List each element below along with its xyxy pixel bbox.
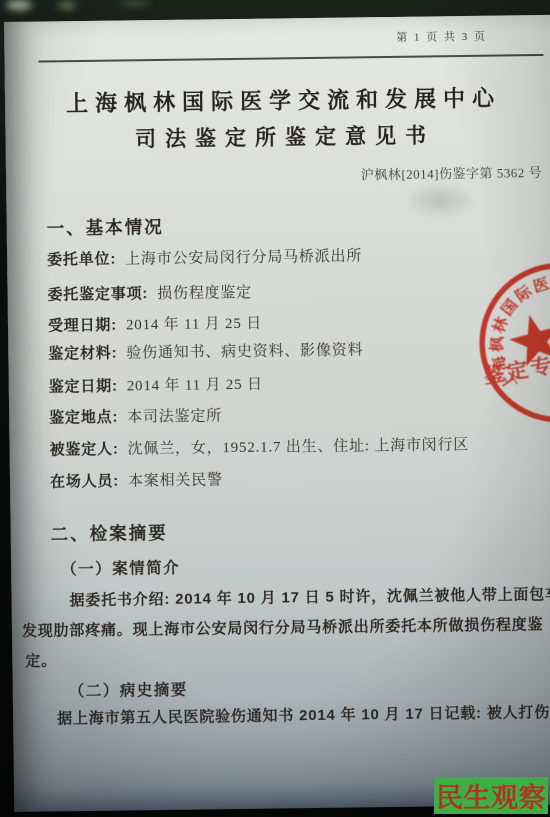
subsection-heading-medical-history: （二）病史摘要 [69, 678, 188, 702]
background-foliage-highlight [58, 2, 76, 9]
field-label: 委托单位: [47, 248, 116, 270]
document-title-line2: 司法鉴定所鉴定意见书 [5, 118, 550, 155]
background-foliage-highlight [120, 0, 150, 6]
field-row-entrusting-unit: 委托单位: 上海市公安局闵行分局马桥派出所 [47, 244, 362, 269]
field-value: 本案相关民警 [128, 468, 223, 490]
field-value: 损伤程度鉴定 [157, 281, 252, 303]
field-value: 2014 年 11 月 25 日 [127, 373, 263, 396]
page-number: 第 1 页 共 3 页 [396, 28, 487, 45]
field-row-appraisal-matter: 委托鉴定事项: 损伤程度鉴定 [47, 281, 252, 305]
field-value: 验伤通知书、病史资料、影像资料 [126, 338, 363, 362]
case-brief-paragraph-line: 发现肋部疼痛。现上海市公安局闵行分局马桥派出所委托本所做损伤程度鉴 [22, 613, 544, 641]
case-brief-paragraph-line: 定。 [25, 649, 57, 670]
field-value: 沈佩兰，女，1952.1.7 出生、住址: 上海市闵行区 [127, 433, 469, 458]
field-label: 被鉴定人: [49, 438, 118, 460]
official-seal-stamp: 上海枫林国际医学交流和发展中心 鉴定专用 [433, 252, 550, 444]
paper-smudge [404, 182, 476, 219]
subsection-heading-case-brief: （一）案情简介 [61, 556, 180, 580]
field-label: 受理日期: [48, 314, 117, 336]
header-rule [39, 54, 544, 63]
stamp-label-text: 鉴定专用 [482, 349, 550, 389]
field-row-appraisal-date: 鉴定日期: 2014 年 11 月 25 日 [49, 373, 263, 397]
medical-history-paragraph-line: 据上海市第五人民医院验伤通知书 2014 年 10 月 17 日记载: 被人打伤… [57, 701, 550, 729]
document-page: 第 1 页 共 3 页 上海枫林国际医学交流和发展中心 司法鉴定所鉴定意见书 沪… [4, 15, 550, 812]
field-row-person-appraised: 被鉴定人: 沈佩兰，女，1952.1.7 出生、住址: 上海市闵行区 [49, 433, 469, 459]
field-value: 本司法鉴定所 [127, 404, 222, 426]
field-row-appraisal-location: 鉴定地点: 本司法鉴定所 [49, 404, 222, 427]
field-label: 鉴定日期: [49, 375, 118, 397]
field-row-appraisal-materials: 鉴定材料: 验伤通知书、病史资料、影像资料 [48, 338, 363, 363]
field-row-persons-present: 在场人员: 本案相关民警 [50, 468, 223, 491]
case-reference-number: 沪枫林[2014]伤鉴字第 5362 号 [361, 162, 542, 183]
watermark-badge: 民生观察 [434, 777, 548, 814]
watermark-text: 民生观察 [436, 776, 546, 815]
field-label: 委托鉴定事项: [47, 282, 148, 304]
section-heading-basic-info: 一、基本情况 [47, 214, 164, 241]
section-heading-case-summary: 二、检案摘要 [51, 520, 168, 547]
field-row-acceptance-date: 受理日期: 2014 年 11 月 25 日 [48, 312, 262, 336]
field-label: 鉴定地点: [49, 406, 118, 428]
field-value: 上海市公安局闵行分局马桥派出所 [125, 244, 362, 268]
background-foliage-highlight [6, 0, 32, 10]
document-content: 第 1 页 共 3 页 上海枫林国际医学交流和发展中心 司法鉴定所鉴定意见书 沪… [4, 15, 550, 812]
case-brief-paragraph-line: 据委托书介绍: 2014 年 10 月 17 日 5 时许，沈佩兰被他人带上面包… [69, 583, 550, 611]
document-title-line1: 上海枫林国际医学交流和发展中心 [5, 81, 550, 119]
field-value: 2014 年 11 月 25 日 [126, 312, 262, 335]
field-label: 在场人员: [50, 470, 119, 492]
field-label: 鉴定材料: [48, 342, 117, 364]
